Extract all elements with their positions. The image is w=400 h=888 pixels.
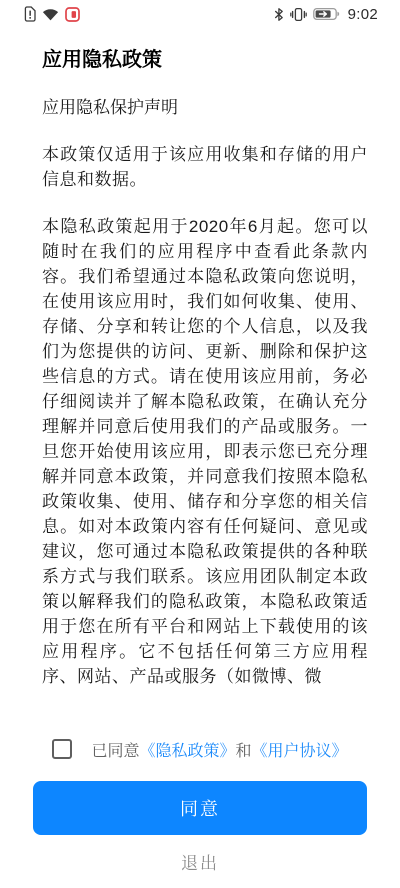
consent-prefix: 已同意 [91,743,139,760]
status-time: 9:02 [348,6,378,23]
policy-paragraph-body: 本隐私政策起用于2020年6月起。您可以随时在我们的应用程序中查看此条款内容。我… [42,214,368,689]
privacy-policy-screen: 9:02 应用隐私政策 应用隐私保护声明 本政策仅适用于该应用收集和存储的用户信… [0,0,400,888]
user-agreement-link[interactable]: 《用户协议》 [252,743,348,760]
status-left-icons [24,6,80,22]
consent-checkbox[interactable] [52,739,72,759]
status-right-icons: 9:02 [274,6,378,23]
consent-label: 已同意《隐私政策》和《用户协议》 [91,738,347,761]
policy-paragraph-scope: 本政策仅适用于该应用收集和存储的用户信息和数据。 [42,142,368,192]
bluetooth-icon [274,7,284,22]
agree-button[interactable]: 同意 [33,781,367,835]
exit-button[interactable]: 退出 [0,849,400,874]
status-bar: 9:02 [0,0,400,28]
sim-alert-icon [24,6,36,22]
consent-conjunction: 和 [236,743,252,760]
wifi-icon [42,8,59,21]
policy-subtitle: 应用隐私保护声明 [42,95,368,120]
battery-charging-icon [313,7,340,21]
privacy-policy-link[interactable]: 《隐私政策》 [139,743,235,760]
consent-row: 已同意《隐私政策》和《用户协议》 [0,736,400,762]
page-title: 应用隐私政策 [42,47,368,73]
vibrate-icon [290,7,307,22]
screen-record-icon [65,7,80,22]
policy-content[interactable]: 应用隐私政策 应用隐私保护声明 本政策仅适用于该应用收集和存储的用户信息和数据。… [0,28,400,720]
